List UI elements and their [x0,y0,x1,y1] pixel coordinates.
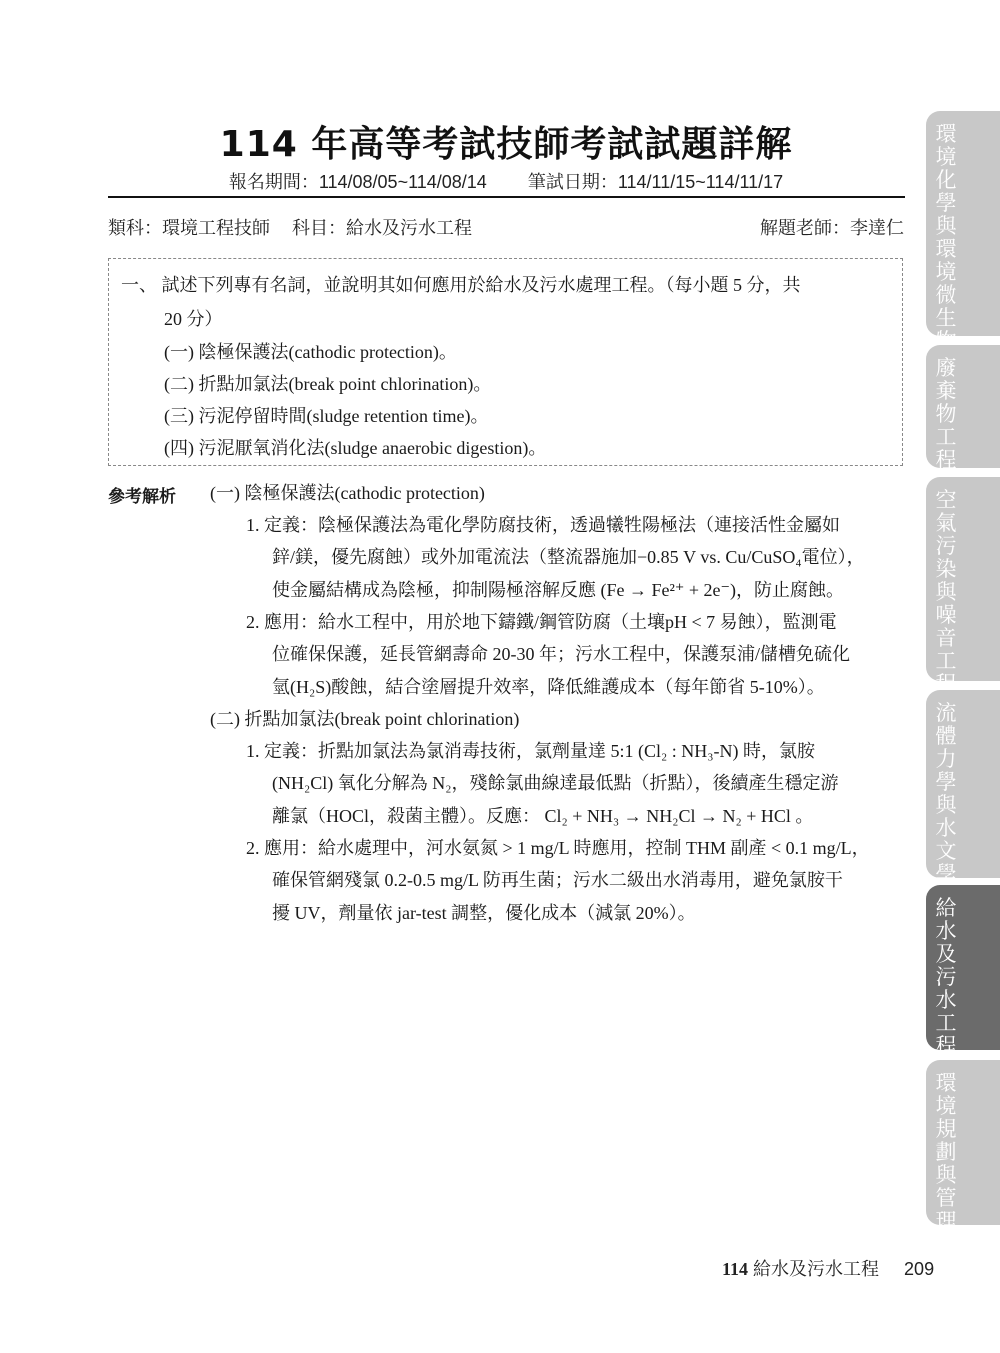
question-box: 一、 試述下列專有名詞，並說明其如何應用於給水及污水處理工程。（每小題 5 分，… [108,258,903,466]
page-title: 114 年高等考試技師考試試題詳解 [108,116,904,167]
answer-line: (NH₂Cl) 氧化分解為 N₂，殘餘氯曲線達最低點（折點），後續產生穩定游 [272,767,839,799]
teacher: 解題老師：李達仁 [760,214,904,240]
footer-subject: 給水及污水工程 [753,1259,879,1279]
exam-meta: 類科：環境工程技師科目：給水及污水工程 解題老師：李達仁 [108,214,904,240]
answer-line: 2. 應用：給水工程中，用於地下鑄鐵/鋼管防腐（土壤pH < 7 易蝕），監測電 [246,606,837,638]
question-line: 一、 試述下列專有名詞，並說明其如何應用於給水及污水處理工程。（每小題 5 分，… [121,269,801,301]
page-number: 209 [904,1259,934,1279]
answer-heading: (一) 陰極保護法(cathodic protection) [210,477,485,509]
answer-line: 位確保保護，延長管網壽命 20-30 年；污水工程中，保護泵浦/儲槽免硫化 [272,638,850,670]
registration-period: 報名期間：114/08/05~114/08/14 [229,172,487,192]
question-item: (三) 污泥停留時間(sludge retention time)。 [164,400,488,432]
question-item: (一) 陰極保護法(cathodic protection)。 [164,336,457,368]
footer-year: 114 [722,1259,748,1279]
side-tab-env-planning[interactable]: 環境規劃與管理 [926,1060,1000,1225]
answer-line: 使金屬結構成為陰極，抑制陽極溶解反應 (Fe → Fe²⁺ + 2e⁻)，防止腐… [272,574,844,606]
answer-label: 參考解析 [108,482,176,507]
category: 類科：環境工程技師 [108,218,270,238]
side-tab-env-chemistry[interactable]: 環境化學與環境微生物 [926,111,1000,336]
page-footer: 114 給水及污水工程 209 [722,1255,934,1281]
exam-date: 筆試日期：114/11/15~114/11/17 [528,172,783,192]
exam-dates: 報名期間：114/08/05~114/08/14 筆試日期：114/11/15~… [108,168,904,194]
answer-line: 擾 UV，劑量依 jar-test 調整，優化成本（減氯 20%）。 [272,897,696,929]
question-line: 20 分） [164,303,223,335]
answer-line: 鋅/鎂，優先腐蝕）或外加電流法（整流器施加−0.85 V vs. Cu/CuSO… [272,541,865,573]
question-item: (四) 污泥厭氧消化法(sludge anaerobic digestion)。 [164,432,546,464]
answer-line: 離氯（HOCl，殺菌主體）。反應： Cl₂ + NH₃ → NH₂Cl → N₂… [272,800,813,832]
question-item: (二) 折點加氯法(break point chlorination)。 [164,368,491,400]
answer-line: 1. 定義：折點加氯法為氯消毒技術，氯劑量達 5:1 (Cl₂ : NH₃-N)… [246,735,815,767]
answer-line: 確保管網殘氯 0.2-0.5 mg/L 防再生菌；污水二級出水消毒用，避免氯胺干 [272,864,843,896]
side-tab-water-wastewater[interactable]: 給水及污水工程 [926,885,1000,1050]
header-divider [108,196,905,198]
side-tab-air-pollution[interactable]: 空氣污染與噪音工程 [926,477,1000,681]
side-tab-fluid-mechanics[interactable]: 流體力學與水文學 [926,690,1000,878]
answer-line: 2. 應用：給水處理中，河水氨氮 > 1 mg/L 時應用，控制 THM 副產 … [246,832,870,864]
answer-line: 1. 定義：陰極保護法為電化學防腐技術，透過犧牲陽極法（連接活性金屬如 [246,509,840,541]
side-tab-waste-engineering[interactable]: 廢棄物工程 [926,345,1000,468]
answer-heading: (二) 折點加氯法(break point chlorination) [210,703,519,735]
answer-line: 氫(H₂S)酸蝕，結合塗層提升效率，降低維護成本（每年節省 5-10%）。 [272,671,825,703]
subject: 科目：給水及污水工程 [292,218,472,238]
